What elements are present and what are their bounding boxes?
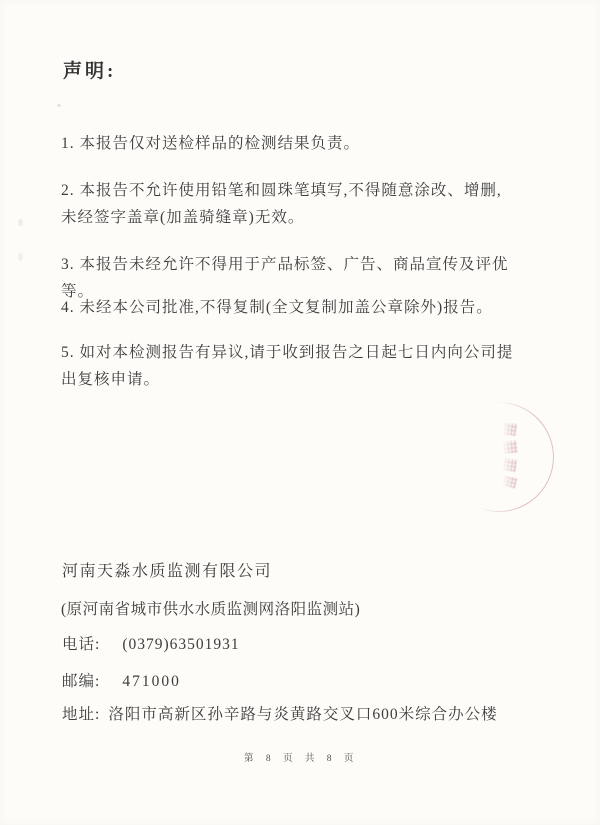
declaration-item-2: 2. 本报告不允许使用铅笔和圆珠笔填写,不得随意涂改、增删, 未经签字盖章(加盖… [61,177,539,231]
postal-code-value: 471000 [122,673,181,691]
phone-label: 电话: [62,632,100,654]
phone-row: 电话: (0379)63501931 [62,632,240,654]
page-number-indicator: 第 8 页 共 8 页 [0,750,600,764]
declaration-title: 声明: [63,56,116,83]
scanned-document-page: 声明: 1. 本报告仅对送检样品的检测结果负责。 2. 本报告不允许使用铅笔和圆… [0,0,600,825]
phone-value: (0379)63501931 [122,636,239,654]
address-label: 地址: [62,702,100,724]
scan-speck [18,219,23,226]
scan-speck [18,253,23,261]
partial-red-seal-stamp-icon [444,402,554,512]
address-value: 洛阳市高新区孙辛路与炎黄路交叉口600米综合办公楼 [108,702,497,724]
address-row: 地址: 洛阳市高新区孙辛路与炎黄路交叉口600米综合办公楼 [62,702,498,724]
postal-code-label: 邮编: [62,669,100,691]
company-former-name: (原河南省城市供水水质监测网洛阳监测站) [61,597,360,619]
scan-speck [57,104,61,107]
company-name: 河南天淼水质监测有限公司 [62,558,272,581]
postal-code-row: 邮编: 471000 [62,669,181,691]
declaration-item-4: 4. 未经本公司批准,不得复制(全文复制加盖公章除外)报告。 [61,294,539,321]
seal-glyph-smudges [502,423,528,501]
declaration-item-1: 1. 本报告仅对送检样品的检测结果负责。 [61,130,539,157]
declaration-item-5: 5. 如对本检测报告有异议,请于收到报告之日起七日内向公司提 出复核申请。 [61,339,539,393]
seal-ring [444,402,554,512]
